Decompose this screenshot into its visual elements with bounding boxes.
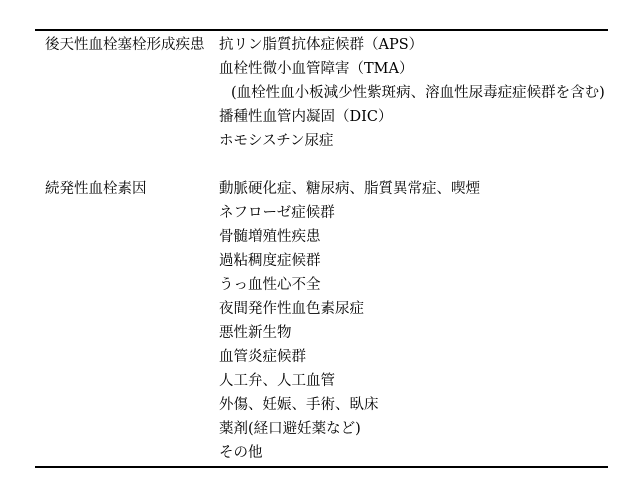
table-section-acquired: 後天性血栓塞栓形成疾患 抗リン脂質抗体症候群（APS） 血栓性微小血管障害（TM…	[35, 33, 608, 153]
item-text: 悪性新生物	[219, 321, 608, 345]
item-text: 血管炎症候群	[219, 345, 608, 369]
document-page: 後天性血栓塞栓形成疾患 抗リン脂質抗体症候群（APS） 血栓性微小血管障害（TM…	[0, 0, 640, 480]
item-text: 抗リン脂質抗体症候群（APS）	[219, 33, 608, 57]
items-cell: 動脈硬化症、糖尿病、脂質異常症、喫煙 ネフローゼ症候群 骨髄増殖性疾患 過粘稠度…	[219, 177, 608, 465]
item-text: 薬剤(経口避妊薬など)	[219, 417, 608, 441]
item-text: ホモシスチン尿症	[219, 129, 608, 153]
category-cell: 続発性血栓素因	[35, 177, 219, 201]
item-text: 夜間発作性血色素尿症	[219, 297, 608, 321]
item-text: 人工弁、人工血管	[219, 369, 608, 393]
category-cell: 後天性血栓塞栓形成疾患	[35, 33, 219, 57]
item-text: 骨髄増殖性疾患	[219, 225, 608, 249]
item-text: 動脈硬化症、糖尿病、脂質異常症、喫煙	[219, 177, 608, 201]
item-text: その他	[219, 441, 608, 465]
item-text-subnote: (血栓性血小板減少性紫斑病、溶血性尿毒症症候群を含む)	[219, 81, 608, 105]
item-text: 播種性血管内凝固（DIC）	[219, 105, 608, 129]
item-text: 血栓性微小血管障害（TMA）	[219, 57, 608, 81]
table-section-secondary: 続発性血栓素因 動脈硬化症、糖尿病、脂質異常症、喫煙 ネフローゼ症候群 骨髄増殖…	[35, 177, 608, 465]
item-text: ネフローゼ症候群	[219, 201, 608, 225]
item-text: 過粘稠度症候群	[219, 249, 608, 273]
thrombosis-cause-table: 後天性血栓塞栓形成疾患 抗リン脂質抗体症候群（APS） 血栓性微小血管障害（TM…	[35, 29, 608, 468]
item-text: うっ血性心不全	[219, 273, 608, 297]
items-cell: 抗リン脂質抗体症候群（APS） 血栓性微小血管障害（TMA） (血栓性血小板減少…	[219, 33, 608, 153]
item-text: 外傷、妊娠、手術、臥床	[219, 393, 608, 417]
